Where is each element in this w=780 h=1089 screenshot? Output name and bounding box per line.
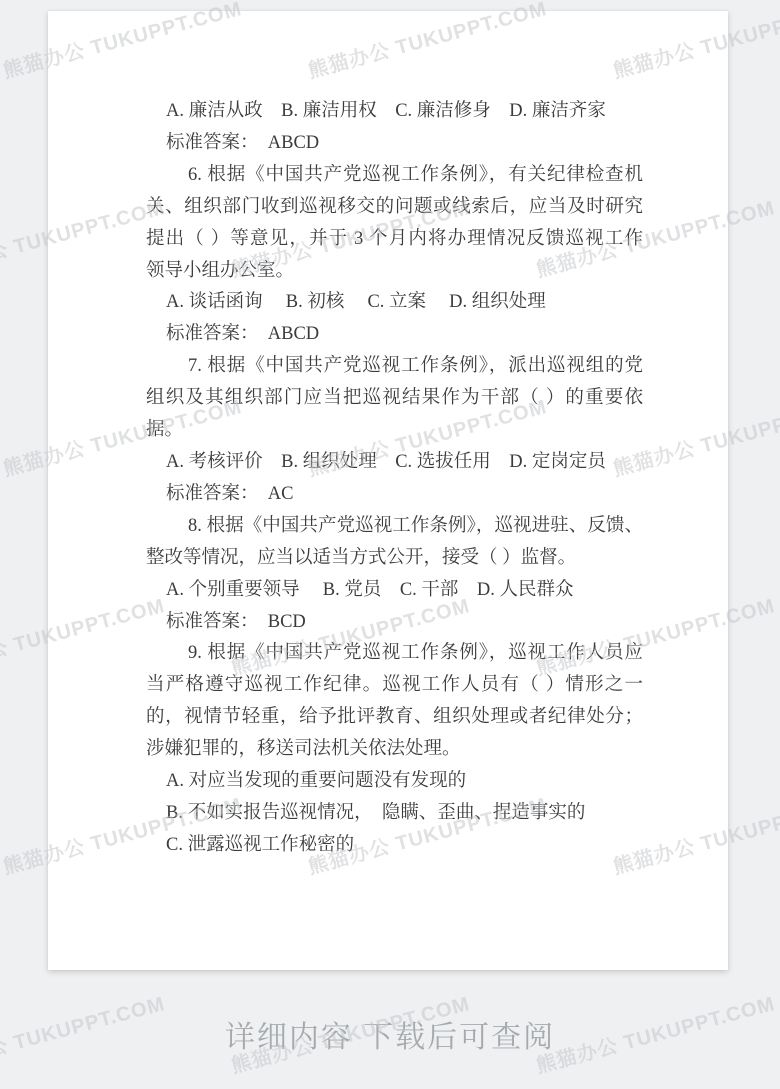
document-line: 领导小组办公室。	[146, 256, 643, 288]
document-line: 组织及其组织部门应当把巡视结果作为干部（ ）的重要依	[146, 383, 643, 415]
document-page: A. 廉洁从政 B. 廉洁用权 C. 廉洁修身 D. 廉洁齐家标准答案： ABC…	[48, 11, 728, 970]
footer-caption: 详细内容 下载后可查阅	[0, 1012, 780, 1056]
document-line: C. 泄露巡视工作秘密的	[146, 830, 643, 862]
document-line: 的，视情节轻重，给予批评教育、组织处理或者纪律处分；	[146, 702, 643, 734]
document-line: A. 考核评价 B. 组织处理 C. 选拔任用 D. 定岗定员	[146, 447, 643, 479]
document-line: A. 廉洁从政 B. 廉洁用权 C. 廉洁修身 D. 廉洁齐家	[146, 96, 643, 128]
document-line: 标准答案： AC	[146, 479, 643, 511]
document-line: 关、组织部门收到巡视移交的问题或线索后，应当及时研究	[146, 192, 643, 224]
document-line: B. 不如实报告巡视情况， 隐瞒、歪曲、捏造事实的	[146, 798, 643, 830]
document-line: 标准答案： ABCD	[146, 128, 643, 160]
document-line: A. 个别重要领导 B. 党员 C. 干部 D. 人民群众	[146, 575, 643, 607]
document-line: 8. 根据《中国共产党巡视工作条例》，巡视进驻、反馈、	[146, 511, 643, 543]
document-line: 涉嫌犯罪的，移送司法机关依法处理。	[146, 734, 643, 766]
document-line: 9. 根据《中国共产党巡视工作条例》，巡视工作人员应	[146, 638, 643, 670]
document-preview-screen: { "colors": { "bg": "#eef0f2", "page_bg"…	[0, 0, 780, 1089]
document-line: 整改等情况，应当以适当方式公开，接受（ ）监督。	[146, 543, 643, 575]
document-line: A. 对应当发现的重要问题没有发现的	[146, 766, 643, 798]
document-text: A. 廉洁从政 B. 廉洁用权 C. 廉洁修身 D. 廉洁齐家标准答案： ABC…	[146, 96, 643, 862]
document-line: 提出（ ）等意见，并于 3 个月内将办理情况反馈巡视工作	[146, 224, 643, 256]
document-line: 当严格遵守巡视工作纪律。巡视工作人员有（ ）情形之一	[146, 670, 643, 702]
document-line: 标准答案： ABCD	[146, 319, 643, 351]
document-line: 7. 根据《中国共产党巡视工作条例》，派出巡视组的党	[146, 351, 643, 383]
document-line: A. 谈话函询 B. 初核 C. 立案 D. 组织处理	[146, 287, 643, 319]
document-line: 标准答案： BCD	[146, 607, 643, 639]
document-line: 据。	[146, 415, 643, 447]
document-line: 6. 根据《中国共产党巡视工作条例》，有关纪律检查机	[146, 160, 643, 192]
